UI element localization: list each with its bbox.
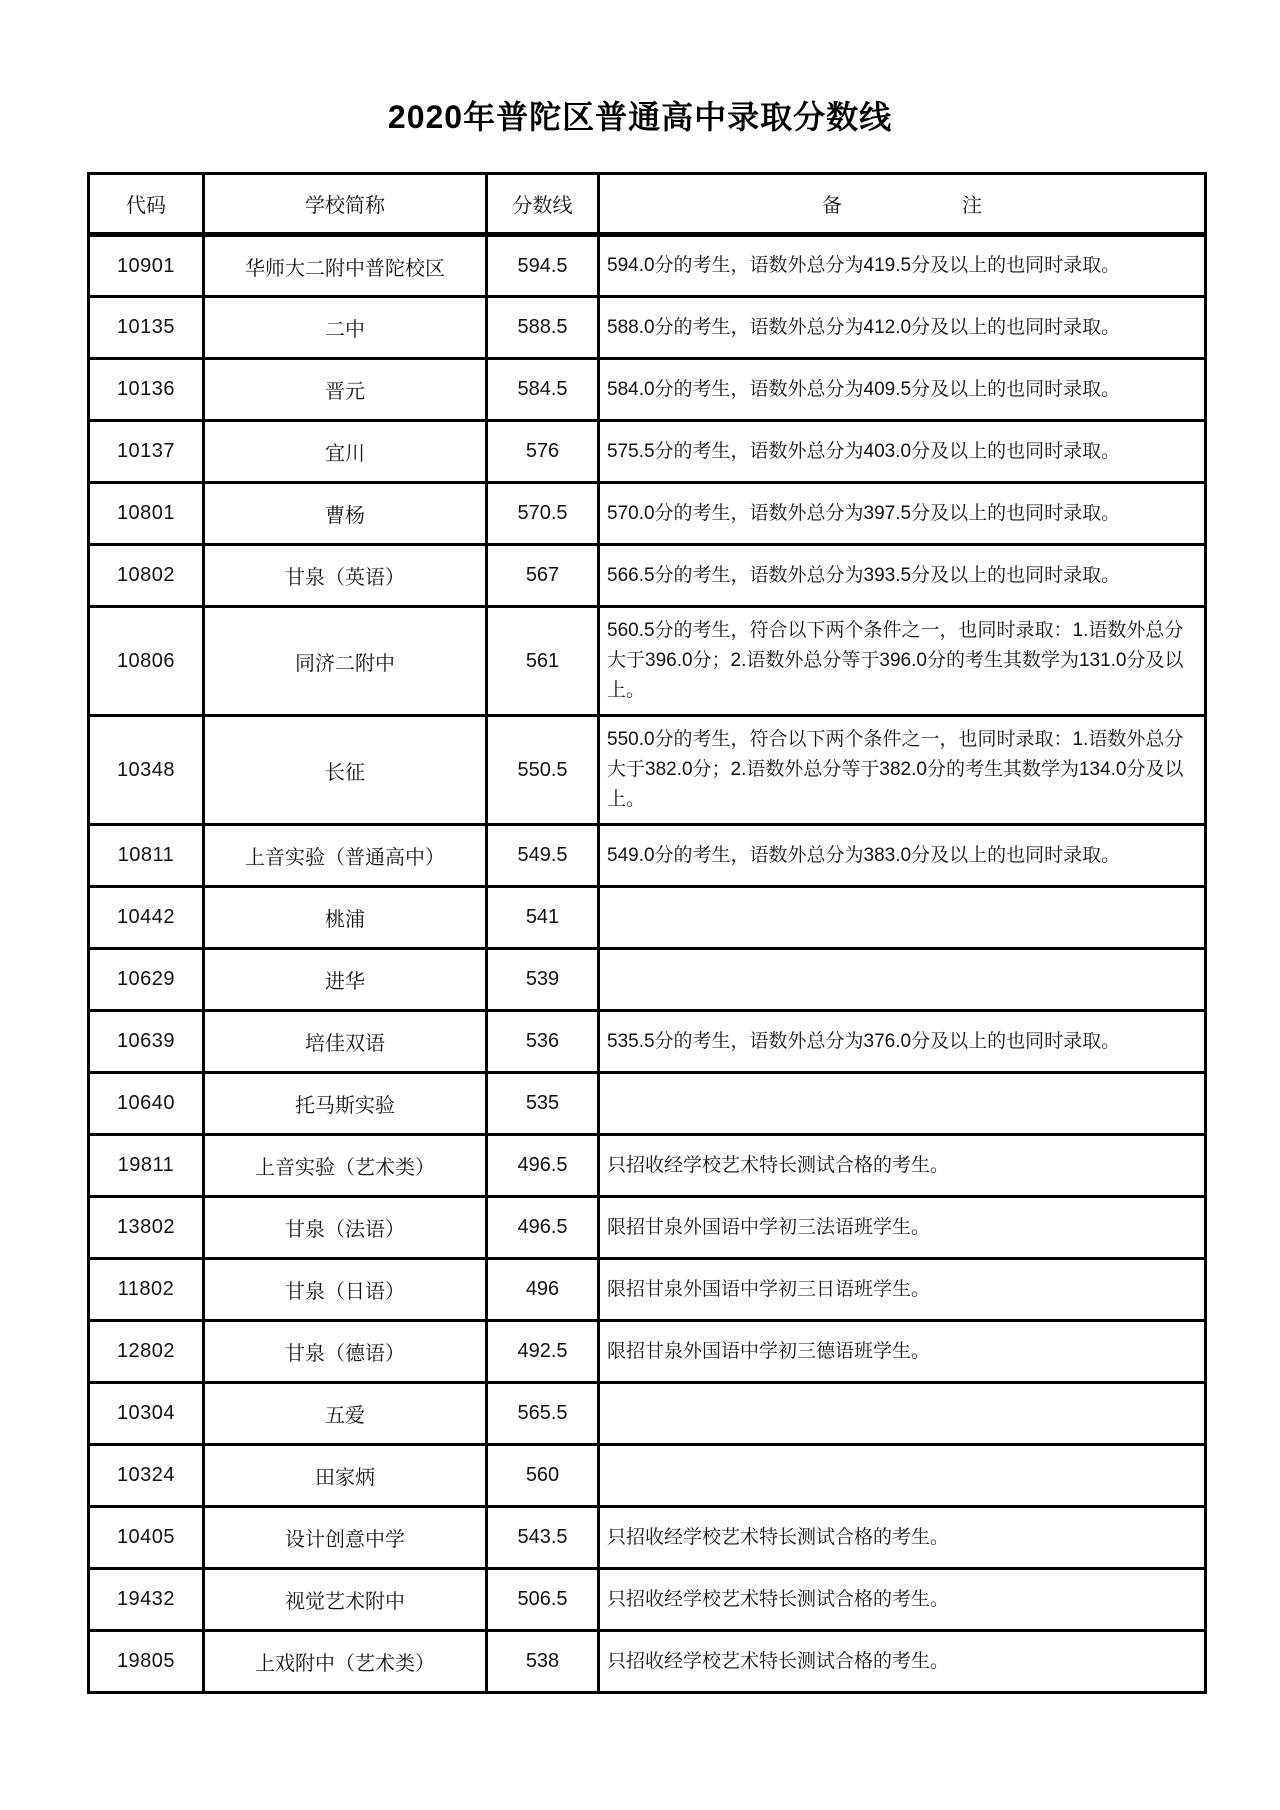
cell-score: 550.5 xyxy=(487,716,599,825)
cell-remark: 549.0分的考生，语数外总分为383.0分及以上的也同时录取。 xyxy=(599,825,1206,887)
cell-remark xyxy=(599,949,1206,1011)
table-row: 19805 上戏附中（艺术类） 538 只招收经学校艺术特长测试合格的考生。 xyxy=(89,1631,1206,1693)
cell-school: 托马斯实验 xyxy=(204,1073,487,1135)
cell-remark: 560.5分的考生，符合以下两个条件之一，也同时录取：1.语数外总分大于396.… xyxy=(599,607,1206,716)
cell-remark: 只招收经学校艺术特长测试合格的考生。 xyxy=(599,1135,1206,1197)
cell-school: 上戏附中（艺术类） xyxy=(204,1631,487,1693)
table-row: 10640 托马斯实验 535 xyxy=(89,1073,1206,1135)
cell-school: 长征 xyxy=(204,716,487,825)
cell-school: 田家炳 xyxy=(204,1445,487,1507)
cell-remark xyxy=(599,1445,1206,1507)
table-row: 10806 同济二附中 561 560.5分的考生，符合以下两个条件之一，也同时… xyxy=(89,607,1206,716)
cell-remark: 只招收经学校艺术特长测试合格的考生。 xyxy=(599,1507,1206,1569)
table-row: 19432 视觉艺术附中 506.5 只招收经学校艺术特长测试合格的考生。 xyxy=(89,1569,1206,1631)
cell-code: 10442 xyxy=(89,887,204,949)
cell-score: 492.5 xyxy=(487,1321,599,1383)
cell-score: 535 xyxy=(487,1073,599,1135)
table-row: 10324 田家炳 560 xyxy=(89,1445,1206,1507)
col-header-score: 分数线 xyxy=(487,174,599,235)
cell-school: 视觉艺术附中 xyxy=(204,1569,487,1631)
document-page: 2020年普陀区普通高中录取分数线 代码 学校简称 分数线 备 注 10901 … xyxy=(0,0,1280,1810)
cell-code: 13802 xyxy=(89,1197,204,1259)
cell-code: 10304 xyxy=(89,1383,204,1445)
cell-school: 甘泉（日语） xyxy=(204,1259,487,1321)
table-row: 10801 曹杨 570.5 570.0分的考生，语数外总分为397.5分及以上… xyxy=(89,483,1206,545)
table-row: 10901 华师大二附中普陀校区 594.5 594.0分的考生，语数外总分为4… xyxy=(89,235,1206,297)
cell-school: 二中 xyxy=(204,297,487,359)
cell-code: 10802 xyxy=(89,545,204,607)
cell-code: 19432 xyxy=(89,1569,204,1631)
cell-code: 11802 xyxy=(89,1259,204,1321)
cell-remark: 594.0分的考生，语数外总分为419.5分及以上的也同时录取。 xyxy=(599,235,1206,297)
score-table: 代码 学校简称 分数线 备 注 10901 华师大二附中普陀校区 594.5 5… xyxy=(87,172,1207,1694)
cell-school: 五爱 xyxy=(204,1383,487,1445)
cell-school: 宜川 xyxy=(204,421,487,483)
cell-school: 甘泉（德语） xyxy=(204,1321,487,1383)
cell-code: 10629 xyxy=(89,949,204,1011)
cell-score: 506.5 xyxy=(487,1569,599,1631)
cell-code: 10639 xyxy=(89,1011,204,1073)
cell-code: 10405 xyxy=(89,1507,204,1569)
cell-remark: 588.0分的考生，语数外总分为412.0分及以上的也同时录取。 xyxy=(599,297,1206,359)
table-row: 11802 甘泉（日语） 496 限招甘泉外国语中学初三日语班学生。 xyxy=(89,1259,1206,1321)
cell-remark: 550.0分的考生，符合以下两个条件之一，也同时录取：1.语数外总分大于382.… xyxy=(599,716,1206,825)
cell-school: 华师大二附中普陀校区 xyxy=(204,235,487,297)
cell-remark: 535.5分的考生，语数外总分为376.0分及以上的也同时录取。 xyxy=(599,1011,1206,1073)
col-header-remark: 备 注 xyxy=(599,174,1206,235)
table-row: 10136 晋元 584.5 584.0分的考生，语数外总分为409.5分及以上… xyxy=(89,359,1206,421)
cell-code: 10348 xyxy=(89,716,204,825)
cell-school: 设计创意中学 xyxy=(204,1507,487,1569)
cell-score: 538 xyxy=(487,1631,599,1693)
cell-code: 10137 xyxy=(89,421,204,483)
table-row: 10442 桃浦 541 xyxy=(89,887,1206,949)
table-row: 10135 二中 588.5 588.0分的考生，语数外总分为412.0分及以上… xyxy=(89,297,1206,359)
table-row: 10348 长征 550.5 550.0分的考生，符合以下两个条件之一，也同时录… xyxy=(89,716,1206,825)
cell-remark xyxy=(599,1073,1206,1135)
cell-school: 甘泉（英语） xyxy=(204,545,487,607)
cell-remark xyxy=(599,887,1206,949)
cell-school: 晋元 xyxy=(204,359,487,421)
cell-score: 570.5 xyxy=(487,483,599,545)
cell-score: 549.5 xyxy=(487,825,599,887)
cell-score: 496.5 xyxy=(487,1197,599,1259)
cell-score: 584.5 xyxy=(487,359,599,421)
table-row: 10137 宜川 576 575.5分的考生，语数外总分为403.0分及以上的也… xyxy=(89,421,1206,483)
table-row: 13802 甘泉（法语） 496.5 限招甘泉外国语中学初三法语班学生。 xyxy=(89,1197,1206,1259)
table-row: 12802 甘泉（德语） 492.5 限招甘泉外国语中学初三德语班学生。 xyxy=(89,1321,1206,1383)
cell-remark: 575.5分的考生，语数外总分为403.0分及以上的也同时录取。 xyxy=(599,421,1206,483)
table-row: 10811 上音实验（普通高中） 549.5 549.0分的考生，语数外总分为3… xyxy=(89,825,1206,887)
cell-score: 594.5 xyxy=(487,235,599,297)
cell-remark: 只招收经学校艺术特长测试合格的考生。 xyxy=(599,1631,1206,1693)
cell-school: 桃浦 xyxy=(204,887,487,949)
cell-remark: 584.0分的考生，语数外总分为409.5分及以上的也同时录取。 xyxy=(599,359,1206,421)
cell-school: 进华 xyxy=(204,949,487,1011)
cell-code: 19811 xyxy=(89,1135,204,1197)
cell-score: 588.5 xyxy=(487,297,599,359)
cell-score: 536 xyxy=(487,1011,599,1073)
page-title: 2020年普陀区普通高中录取分数线 xyxy=(0,92,1280,138)
cell-school: 培佳双语 xyxy=(204,1011,487,1073)
cell-school: 上音实验（普通高中） xyxy=(204,825,487,887)
cell-score: 496 xyxy=(487,1259,599,1321)
cell-score: 576 xyxy=(487,421,599,483)
cell-school: 同济二附中 xyxy=(204,607,487,716)
table-row: 10802 甘泉（英语） 567 566.5分的考生，语数外总分为393.5分及… xyxy=(89,545,1206,607)
cell-score: 565.5 xyxy=(487,1383,599,1445)
cell-school: 上音实验（艺术类） xyxy=(204,1135,487,1197)
cell-code: 10811 xyxy=(89,825,204,887)
cell-code: 10136 xyxy=(89,359,204,421)
cell-code: 10324 xyxy=(89,1445,204,1507)
col-header-school: 学校简称 xyxy=(204,174,487,235)
cell-score: 541 xyxy=(487,887,599,949)
cell-remark xyxy=(599,1383,1206,1445)
cell-code: 10901 xyxy=(89,235,204,297)
cell-score: 567 xyxy=(487,545,599,607)
cell-remark: 只招收经学校艺术特长测试合格的考生。 xyxy=(599,1569,1206,1631)
table-row: 10304 五爱 565.5 xyxy=(89,1383,1206,1445)
table-row: 19811 上音实验（艺术类） 496.5 只招收经学校艺术特长测试合格的考生。 xyxy=(89,1135,1206,1197)
cell-code: 10640 xyxy=(89,1073,204,1135)
cell-school: 甘泉（法语） xyxy=(204,1197,487,1259)
cell-school: 曹杨 xyxy=(204,483,487,545)
col-header-code: 代码 xyxy=(89,174,204,235)
table-row: 10629 进华 539 xyxy=(89,949,1206,1011)
cell-code: 10135 xyxy=(89,297,204,359)
cell-remark: 限招甘泉外国语中学初三法语班学生。 xyxy=(599,1197,1206,1259)
table-row: 10639 培佳双语 536 535.5分的考生，语数外总分为376.0分及以上… xyxy=(89,1011,1206,1073)
cell-remark: 566.5分的考生，语数外总分为393.5分及以上的也同时录取。 xyxy=(599,545,1206,607)
cell-score: 560 xyxy=(487,1445,599,1507)
header-row: 代码 学校简称 分数线 备 注 xyxy=(89,174,1206,235)
cell-score: 496.5 xyxy=(487,1135,599,1197)
cell-score: 543.5 xyxy=(487,1507,599,1569)
cell-code: 19805 xyxy=(89,1631,204,1693)
cell-remark: 限招甘泉外国语中学初三日语班学生。 xyxy=(599,1259,1206,1321)
cell-code: 10806 xyxy=(89,607,204,716)
cell-remark: 限招甘泉外国语中学初三德语班学生。 xyxy=(599,1321,1206,1383)
cell-remark: 570.0分的考生，语数外总分为397.5分及以上的也同时录取。 xyxy=(599,483,1206,545)
cell-code: 10801 xyxy=(89,483,204,545)
table-row: 10405 设计创意中学 543.5 只招收经学校艺术特长测试合格的考生。 xyxy=(89,1507,1206,1569)
cell-score: 539 xyxy=(487,949,599,1011)
cell-score: 561 xyxy=(487,607,599,716)
cell-code: 12802 xyxy=(89,1321,204,1383)
